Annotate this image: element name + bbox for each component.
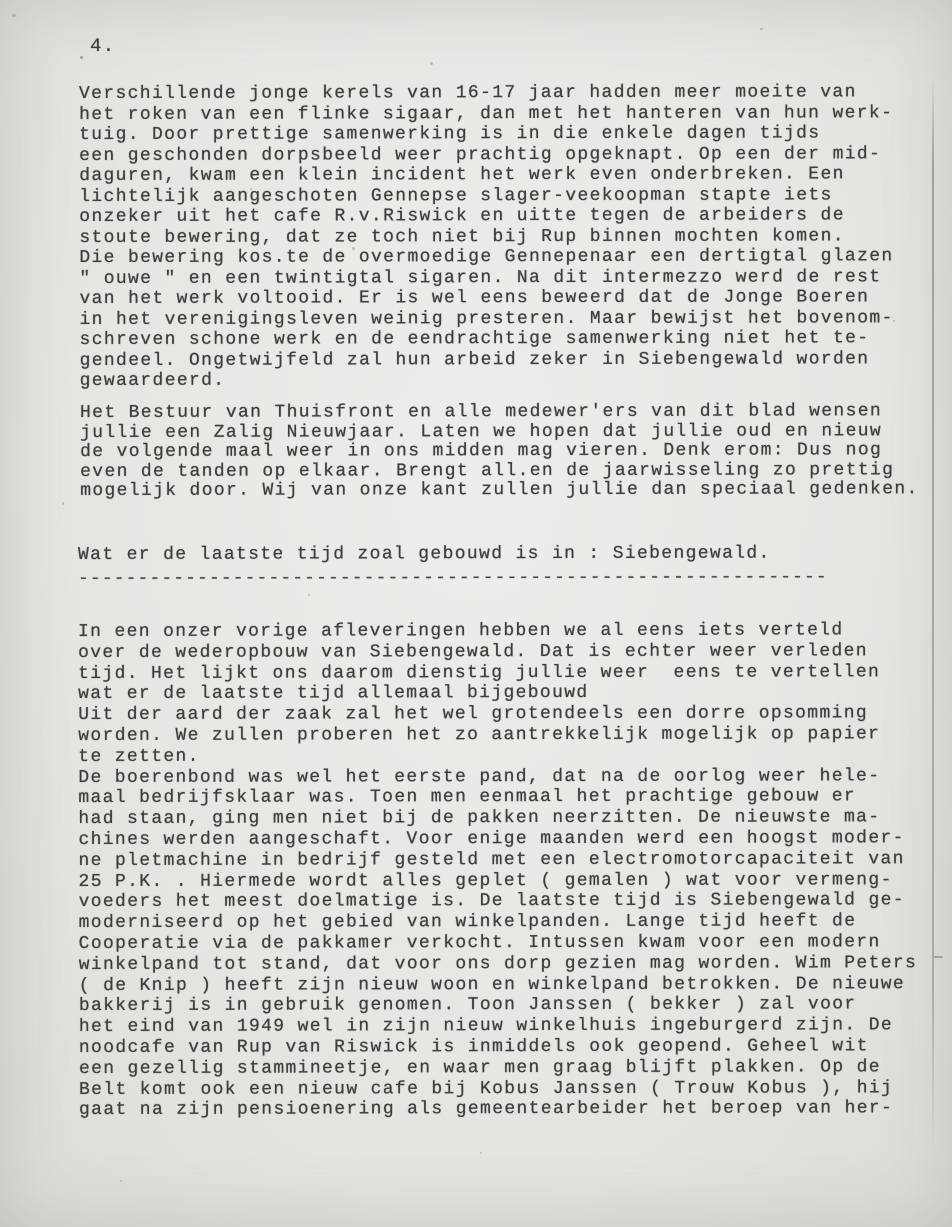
- scan-speckle: [934, 956, 943, 958]
- section-heading-underline: ----------------------------------------…: [78, 567, 828, 589]
- scan-speckle: [893, 320, 895, 322]
- scan-speckle: [849, 468, 852, 470]
- scan-speckle: [663, 152, 665, 154]
- paragraph-newyear-wishes: Het Bestuur van Thuisfront en alle medew…: [80, 402, 919, 502]
- scan-speckle: [12, 14, 16, 17]
- section-heading: Wat er de laatste tijd zoal gebouwd is i…: [78, 544, 771, 566]
- scan-speckle: [352, 247, 355, 250]
- scan-speckle: [430, 62, 433, 65]
- paragraph-building-news: In een onzer vorige afleveringen hebben …: [78, 620, 918, 1121]
- scanned-page: 4. Verschillende jonge kerels van 16-17 …: [0, 0, 952, 1227]
- scan-speckle: [120, 1180, 122, 1182]
- paragraph-workday-report: Verschillende jonge kerels van 16-17 jaa…: [79, 82, 894, 391]
- scan-speckle: [62, 502, 64, 505]
- scan-edge-line: [932, 80, 934, 1150]
- scan-speckle: [250, 188, 252, 190]
- scan-speckle: [80, 56, 83, 59]
- scan-speckle: [480, 1152, 482, 1154]
- scan-speckle: [705, 97, 707, 99]
- scan-speckle: [760, 28, 763, 30]
- page-number: 4.: [90, 36, 116, 57]
- scan-speckle: [570, 908, 572, 910]
- scan-speckle: [308, 594, 310, 596]
